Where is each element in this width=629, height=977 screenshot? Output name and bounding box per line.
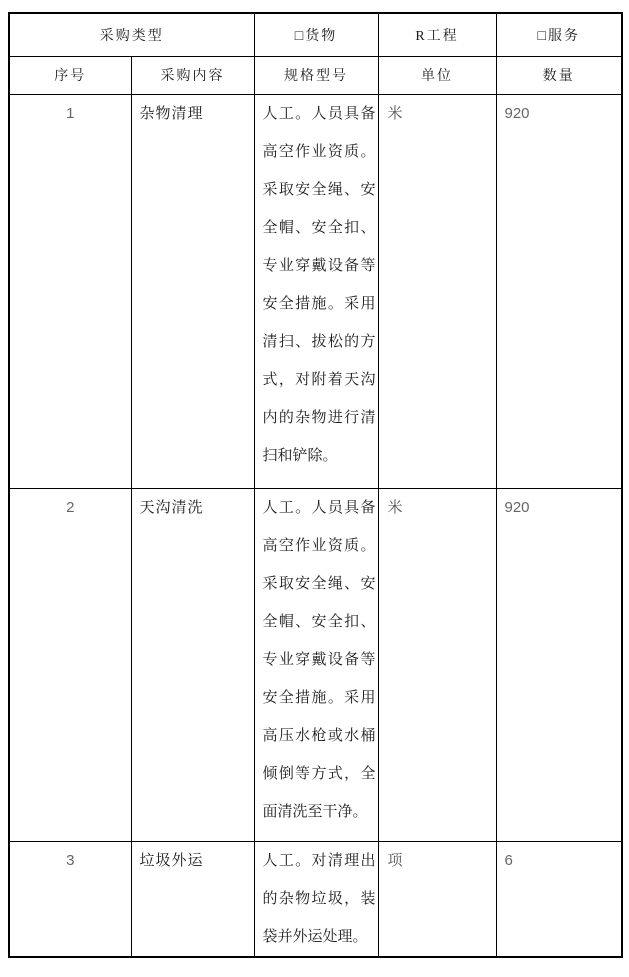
row-index: 1 <box>9 94 131 488</box>
row-spec-cell: 人工。人员具备高空作业资质。采取安全绳、安全帽、安全扣、专业穿戴设备等安全措施。… <box>254 488 378 841</box>
row-content: 天沟清洗 <box>131 488 254 841</box>
checkbox-goods-icon: □ <box>295 29 303 44</box>
col-header-spec: 规格型号 <box>254 56 378 94</box>
row-spec-text: 人工。对清理出的杂物垃圾，装袋并外运处理。 <box>263 842 376 956</box>
type-option-engineering-cell: R工程 <box>378 13 496 56</box>
table-row: 2 天沟清洗 人工。人员具备高空作业资质。采取安全绳、安全帽、安全扣、专业穿戴设… <box>9 488 622 841</box>
row-spec-cell: 人工。对清理出的杂物垃圾，装袋并外运处理。 <box>254 841 378 957</box>
row-spec-cell: 人工。人员具备高空作业资质。采取安全绳、安全帽、安全扣、专业穿戴设备等安全措施。… <box>254 94 378 488</box>
type-option-services-cell: □服务 <box>496 13 622 56</box>
row-content: 杂物清理 <box>131 94 254 488</box>
checkbox-engineering-checked-icon: R <box>415 29 424 44</box>
col-header-content: 采购内容 <box>131 56 254 94</box>
row-content: 垃圾外运 <box>131 841 254 957</box>
procurement-type-row: 采购类型 □货物 R工程 □服务 <box>9 13 622 56</box>
row-quantity: 920 <box>496 94 622 488</box>
row-spec-text: 人工。人员具备高空作业资质。采取安全绳、安全帽、安全扣、专业穿戴设备等安全措施。… <box>263 489 376 831</box>
col-header-index: 序号 <box>9 56 131 94</box>
row-index: 3 <box>9 841 131 957</box>
row-index: 2 <box>9 488 131 841</box>
procurement-type-label: 采购类型 <box>100 29 164 44</box>
type-option-goods-cell: □货物 <box>254 13 378 56</box>
table-row: 3 垃圾外运 人工。对清理出的杂物垃圾，装袋并外运处理。 项 6 <box>9 841 622 957</box>
checkbox-services-icon: □ <box>538 29 546 44</box>
row-quantity: 920 <box>496 488 622 841</box>
column-header-row: 序号 采购内容 规格型号 单位 数量 <box>9 56 622 94</box>
row-spec-text: 人工。人员具备高空作业资质。采取安全绳、安全帽、安全扣、专业穿戴设备等安全措施。… <box>263 95 376 475</box>
row-unit: 项 <box>378 841 496 957</box>
type-option-services-label: 服务 <box>548 29 580 44</box>
col-header-qty: 数量 <box>496 56 622 94</box>
procurement-table: 采购类型 □货物 R工程 □服务 序号 采购内容 规格型号 单位 数量 1 杂物… <box>8 12 623 958</box>
col-header-unit: 单位 <box>378 56 496 94</box>
table-row: 1 杂物清理 人工。人员具备高空作业资质。采取安全绳、安全帽、安全扣、专业穿戴设… <box>9 94 622 488</box>
type-option-goods-label: 货物 <box>305 29 337 44</box>
row-quantity: 6 <box>496 841 622 957</box>
type-option-engineering-label: 工程 <box>427 29 459 44</box>
row-unit: 米 <box>378 488 496 841</box>
row-unit: 米 <box>378 94 496 488</box>
procurement-type-label-cell: 采购类型 <box>9 13 254 56</box>
document-page: 采购类型 □货物 R工程 □服务 序号 采购内容 规格型号 单位 数量 1 杂物… <box>0 0 629 977</box>
